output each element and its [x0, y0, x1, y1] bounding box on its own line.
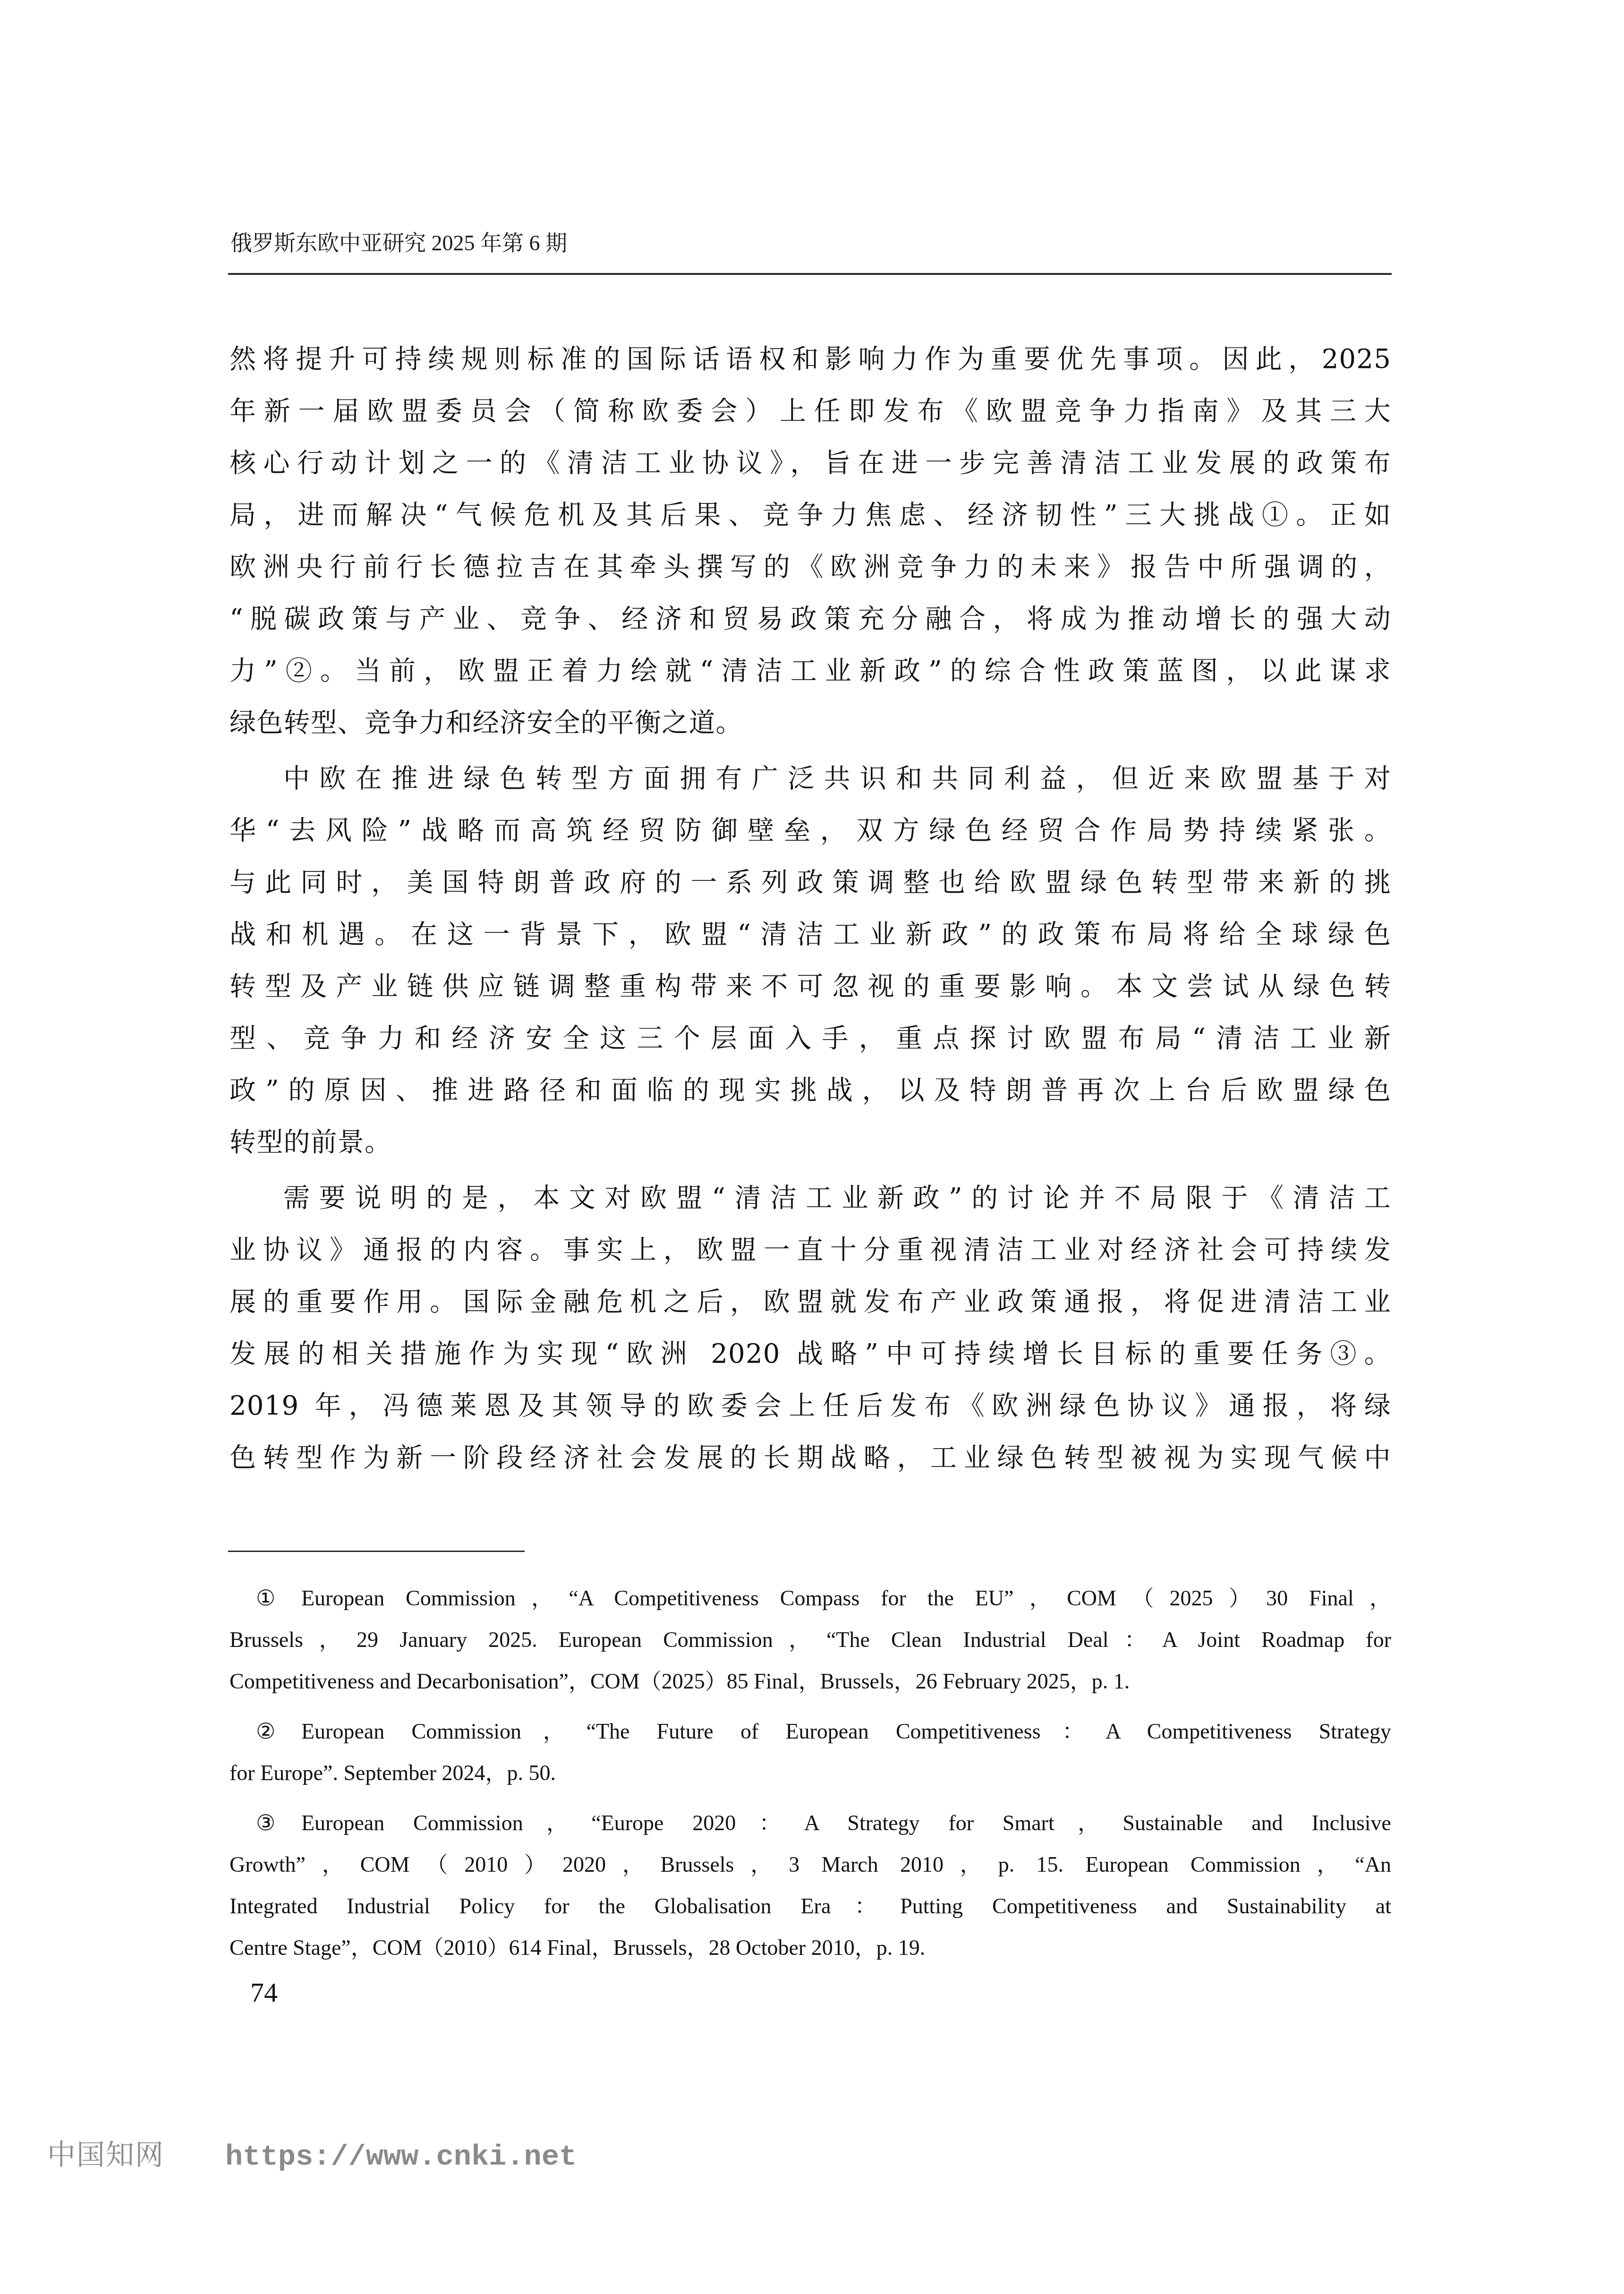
text-line: 需要说明的是，本文对欧盟“清洁工业新政”的讨论并不局限于《清洁工 [230, 1172, 1391, 1224]
footnote-marker: ③ [256, 1802, 301, 1844]
footnote-2: ②European Commission，“The Future of Euro… [230, 1711, 1391, 1794]
text-line: 战和机遇。在这一背景下，欧盟“清洁工业新政”的政策布局将给全球绿色 [230, 909, 1391, 961]
text-line: 色转型作为新一阶段经济社会发展的长期战略，工业绿色转型被视为实现气候中 [230, 1432, 1391, 1484]
header-rule [228, 273, 1392, 275]
footnote-line: Centre Stage”，COM（2010）614 Final，Brussel… [230, 1927, 1391, 1969]
text-line: 华“去风险”战略而高筑经贸防御壁垒，双方绿色经贸合作局势持续紧张。 [230, 805, 1391, 857]
footnotes: ①European Commission，“A Competitiveness … [230, 1578, 1391, 1969]
footnote-marker: ② [256, 1711, 301, 1752]
footnote-text: European Commission，“Europe 2020：A Strat… [301, 1811, 1391, 1835]
text-line: 转型及产业链供应链调整重构带来不可忽视的重要影响。本文尝试从绿色转 [230, 961, 1391, 1013]
article-body: 然将提升可持续规则标准的国际话语权和影响力作为重要优先事项。因此，2025 年新… [230, 333, 1391, 1484]
footnote-line: Growth”，COM（2010）2020，Brussels，3 March 2… [230, 1844, 1391, 1885]
text-line: 政”的原因、推进路径和面临的现实挑战，以及特朗普再次上台后欧盟绿色 [230, 1065, 1391, 1117]
text-line: 发展的相关措施作为实现“欧洲 2020 战略”中可持续增长目标的重要任务③。 [230, 1328, 1391, 1380]
page-number: 74 [250, 1977, 278, 2008]
footnote-3: ③European Commission，“Europe 2020：A Stra… [230, 1802, 1391, 1969]
paragraph-2: 中欧在推进绿色转型方面拥有广泛共识和共同利益，但近来欧盟基于对 华“去风险”战略… [230, 753, 1391, 1168]
footnote-line: Brussels，29 January 2025. European Commi… [230, 1619, 1391, 1661]
text-line: 欧洲央行前行长德拉吉在其牵头撰写的《欧洲竞争力的未来》报告中所强调的， [230, 541, 1391, 593]
footnote-text: European Commission，“A Competitiveness C… [301, 1586, 1391, 1610]
watermark-site-name: 中国知网 [47, 2139, 164, 2172]
footnote-line: ①European Commission，“A Competitiveness … [230, 1578, 1391, 1619]
paragraph-1: 然将提升可持续规则标准的国际话语权和影响力作为重要优先事项。因此，2025 年新… [230, 333, 1391, 749]
cnki-watermark: 中国知网 https://www.cnki.net [47, 2132, 577, 2174]
paragraph-3: 需要说明的是，本文对欧盟“清洁工业新政”的讨论并不局限于《清洁工 业协议》通报的… [230, 1172, 1391, 1484]
text-line: 转型的前景。 [230, 1117, 1391, 1168]
watermark-url: https://www.cnki.net [225, 2140, 577, 2174]
text-line: 2019 年，冯德莱恩及其领导的欧委会上任后发布《欧洲绿色协议》通报，将绿 [230, 1380, 1391, 1432]
footnote-separator [228, 1551, 525, 1552]
text-line: “脱碳政策与产业、竞争、经济和贸易政策充分融合，将成为推动增长的强大动 [230, 593, 1391, 645]
footnote-line: for Europe”. September 2024，p. 50. [230, 1752, 1391, 1794]
footnote-line: Competitiveness and Decarbonisation”，COM… [230, 1661, 1391, 1702]
footnote-marker: ① [256, 1578, 301, 1619]
text-line: 核心行动计划之一的《清洁工业协议》，旨在进一步完善清洁工业发展的政策布 [230, 437, 1391, 489]
footnote-line: ②European Commission，“The Future of Euro… [230, 1711, 1391, 1752]
text-line: 力”②。当前，欧盟正着力绘就“清洁工业新政”的综合性政策蓝图，以此谋求 [230, 645, 1391, 697]
text-line: 局，进而解决“气候危机及其后果、竞争力焦虑、经济韧性”三大挑战①。正如 [230, 489, 1391, 541]
footnote-1: ①European Commission，“A Competitiveness … [230, 1578, 1391, 1702]
text-line: 绿色转型、竞争力和经济安全的平衡之道。 [230, 697, 1391, 749]
footnote-line: Integrated Industrial Policy for the Glo… [230, 1885, 1391, 1927]
text-line: 然将提升可持续规则标准的国际话语权和影响力作为重要优先事项。因此，2025 [230, 333, 1391, 385]
footnote-text: European Commission，“The Future of Europ… [301, 1719, 1391, 1743]
footnote-line: ③European Commission，“Europe 2020：A Stra… [230, 1802, 1391, 1844]
text-line: 中欧在推进绿色转型方面拥有广泛共识和共同利益，但近来欧盟基于对 [230, 753, 1391, 805]
text-line: 型、竞争力和经济安全这三个层面入手，重点探讨欧盟布局“清洁工业新 [230, 1013, 1391, 1065]
running-head: 俄罗斯东欧中亚研究 2025 年第 6 期 [230, 226, 567, 257]
text-line: 业协议》通报的内容。事实上，欧盟一直十分重视清洁工业对经济社会可持续发 [230, 1224, 1391, 1276]
text-line: 与此同时，美国特朗普政府的一系列政策调整也给欧盟绿色转型带来新的挑 [230, 857, 1391, 909]
text-line: 年新一届欧盟委员会（简称欧委会）上任即发布《欧盟竞争力指南》及其三大 [230, 385, 1391, 437]
text-line: 展的重要作用。国际金融危机之后，欧盟就发布产业政策通报，将促进清洁工业 [230, 1276, 1391, 1328]
